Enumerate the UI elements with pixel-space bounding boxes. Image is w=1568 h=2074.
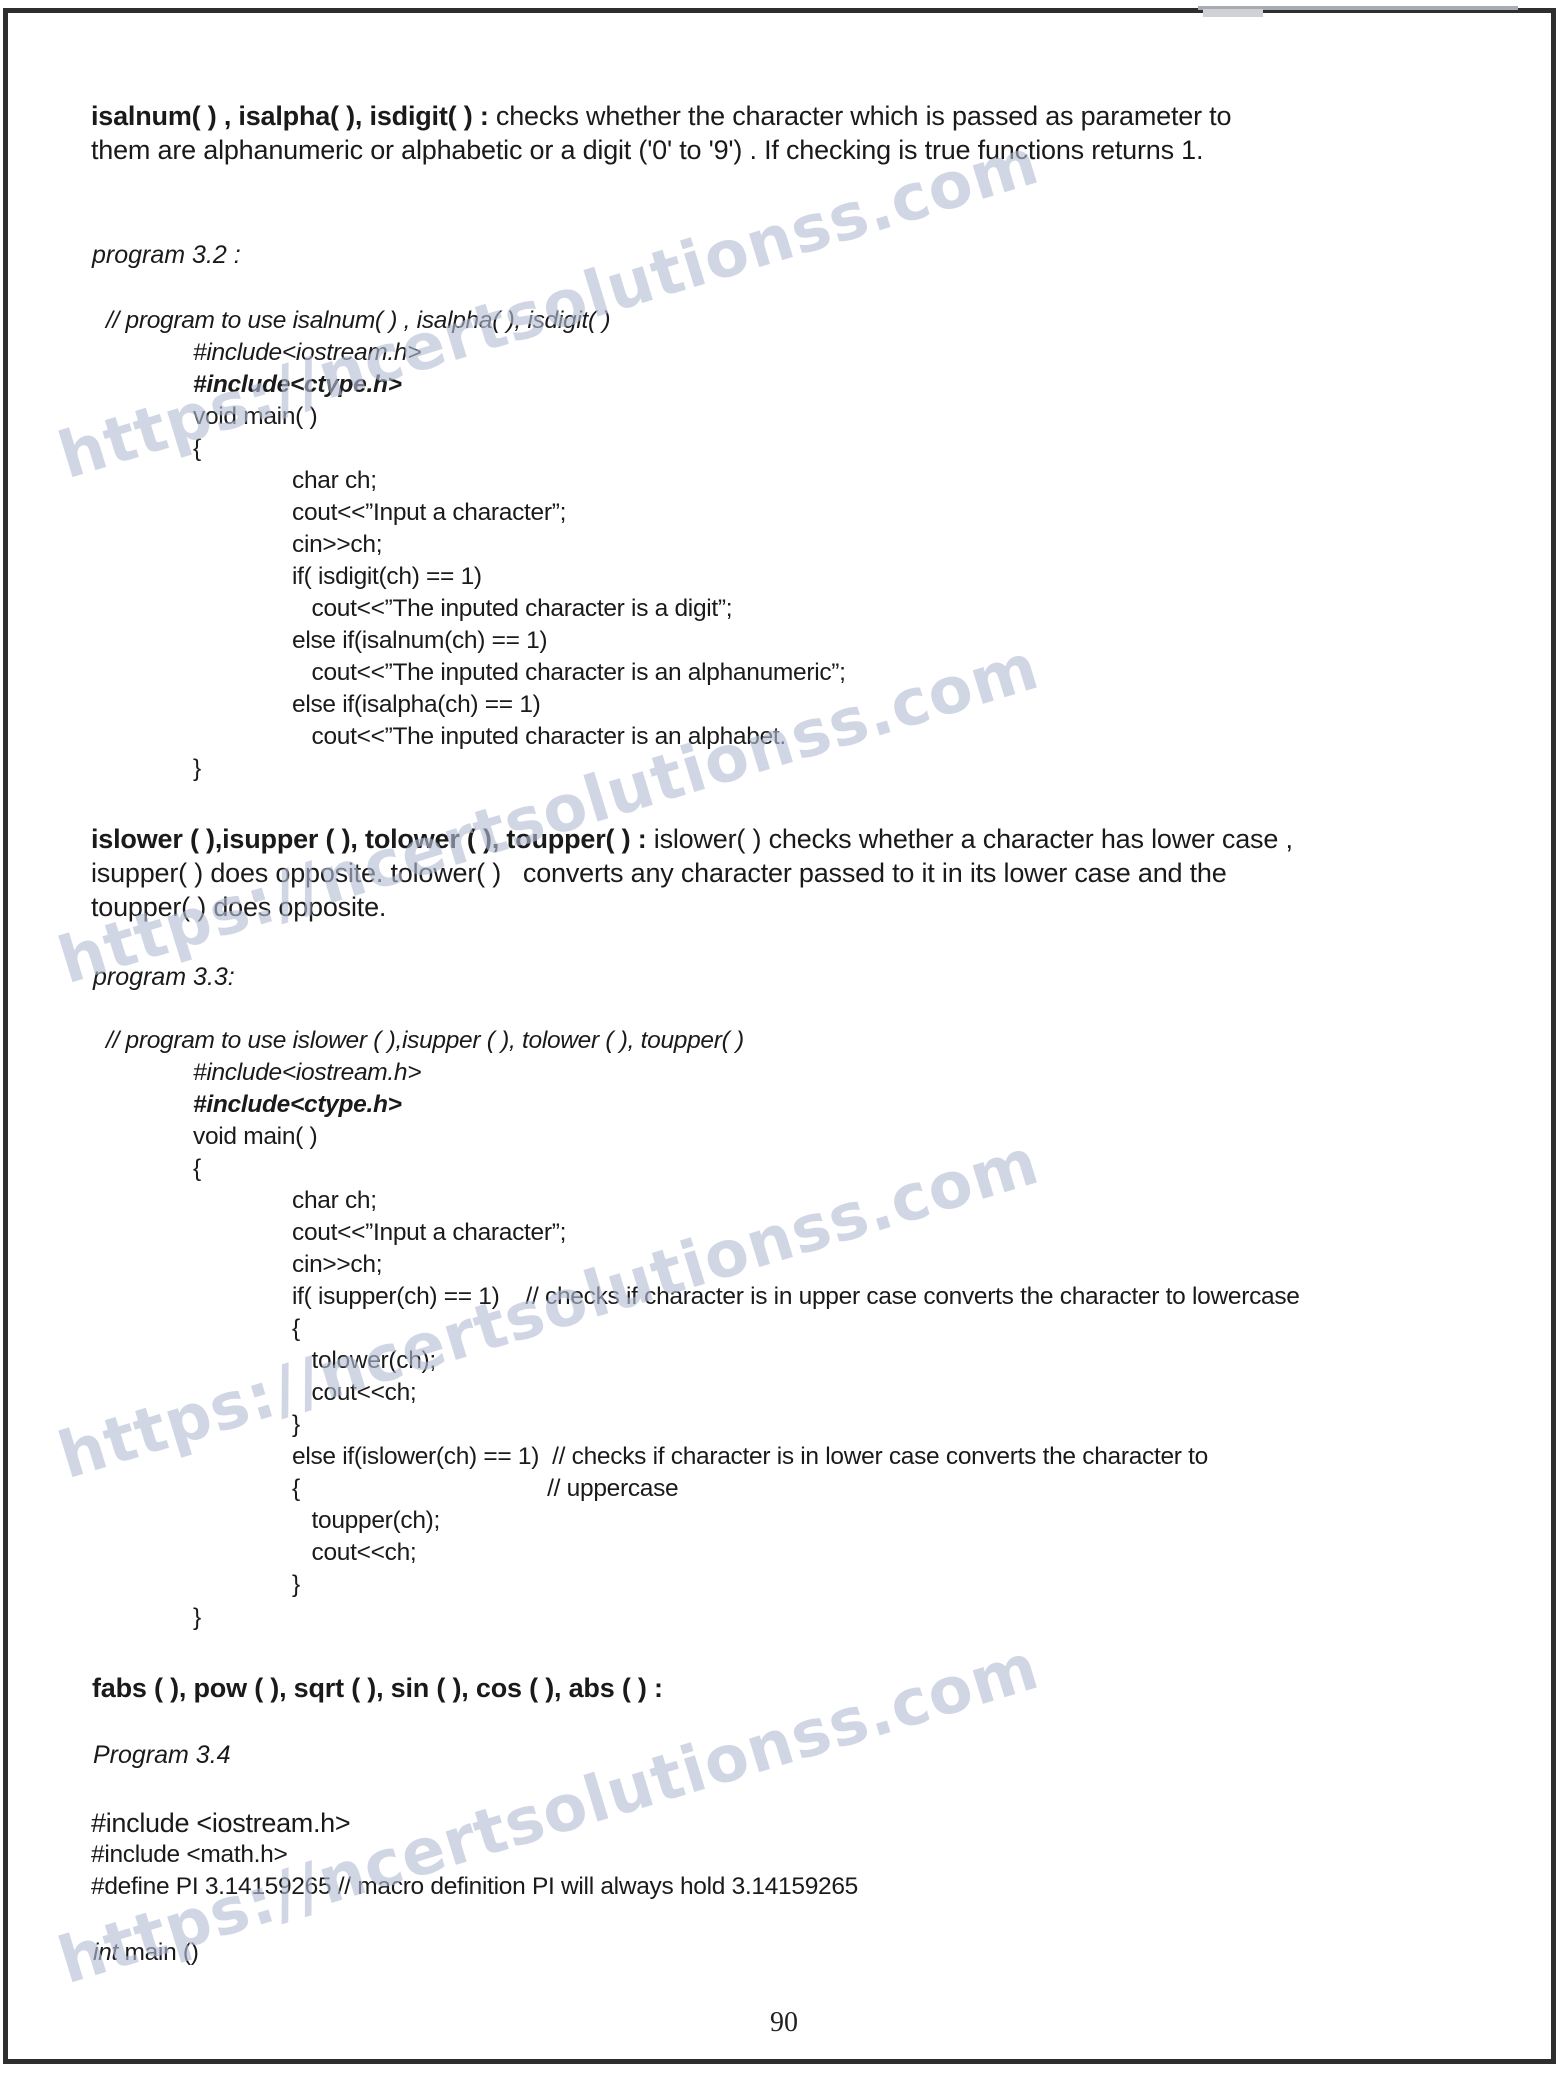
program-3-3-include-ctype: #include<ctype.h> (193, 1093, 402, 1118)
section-math-heading: fabs ( ), pow ( ), sqrt ( ), sin ( ), co… (92, 1675, 663, 1702)
program-3-3-code-line: { (292, 1317, 300, 1342)
program-3-3-comment: // program to use islower ( ),isupper ( … (106, 1029, 744, 1054)
program-3-2-code-line: cout<<”Input a character”; (292, 501, 566, 526)
program-3-3-code-line: cout<<”Input a character”; (292, 1221, 566, 1246)
program-3-3-main: void main( ) (193, 1125, 317, 1150)
program-3-3-code-line: char ch; (292, 1189, 377, 1214)
program-3-3-open-brace: { (193, 1157, 201, 1182)
section-case-line2: isupper( ) does opposite. tolower( ) con… (91, 860, 1227, 887)
program-3-3-close-brace: } (193, 1606, 201, 1631)
scan-artifact-tab (1203, 9, 1263, 17)
program-3-3-code-line: cout<<ch; (292, 1381, 416, 1406)
program-3-4-main: int main () (93, 1941, 199, 1966)
program-3-3-code-line: tolower(ch); (292, 1349, 436, 1374)
program-3-4-include-math: #include <math.h> (91, 1843, 288, 1868)
program-3-3-code-line: if( isupper(ch) == 1) // checks if chara… (292, 1285, 1300, 1310)
program-3-3-include-iostream: #include<iostream.h> (193, 1061, 421, 1086)
program-3-2-code-line: else if(isalpha(ch) == 1) (292, 693, 541, 718)
section-case-heading: islower ( ),isupper ( ), tolower ( ), to… (91, 824, 646, 854)
main-signature: main () (118, 1939, 199, 1966)
program-3-2-code-line: cout<<”The inputed character is a digit”… (292, 597, 732, 622)
program-3-4-define-pi: #define PI 3.14159265 // macro definitio… (91, 1875, 858, 1900)
section-isalnum-line1: isalnum( ) , isalpha( ), isdigit( ) : ch… (91, 103, 1231, 130)
program-3-2-code-line: char ch; (292, 469, 377, 494)
section-case-line3: toupper( ) does opposite. (91, 894, 386, 921)
program-3-2-close-brace: } (193, 757, 201, 782)
program-3-3-code-line: } (292, 1573, 300, 1598)
program-3-2-code-line: cout<<”The inputed character is an alpha… (292, 725, 786, 750)
program-3-3-code-line: cout<<ch; (292, 1541, 416, 1566)
program-3-3-label: program 3.3: (93, 965, 235, 990)
program-3-3-code-line: cin>>ch; (292, 1253, 382, 1278)
program-3-2-code-line: cout<<”The inputed character is an alpha… (292, 661, 846, 686)
page-number: 90 (0, 2007, 1568, 2039)
program-3-2-code-line: else if(isalnum(ch) == 1) (292, 629, 547, 654)
int-keyword: int (93, 1939, 118, 1966)
section-case-text: islower( ) checks whether a character ha… (646, 824, 1292, 854)
program-3-2-main: void main( ) (193, 405, 317, 430)
program-3-2-open-brace: { (193, 437, 201, 462)
section-case-line1: islower ( ),isupper ( ), tolower ( ), to… (91, 826, 1293, 853)
program-3-3-code-line: { // uppercase (292, 1477, 678, 1502)
section-isalnum-heading: isalnum( ) , isalpha( ), isdigit( ) : (91, 101, 489, 131)
program-3-2-label: program 3.2 : (92, 243, 241, 268)
program-3-4-label: Program 3.4 (93, 1743, 231, 1768)
section-isalnum-text: checks whether the character which is pa… (489, 101, 1232, 131)
program-3-2-include-iostream: #include<iostream.h> (193, 341, 421, 366)
program-3-2-comment: // program to use isalnum( ) , isalpha( … (106, 309, 610, 334)
program-3-3-code-line: else if(islower(ch) == 1) // checks if c… (292, 1445, 1208, 1470)
program-3-3-code-line: } (292, 1413, 300, 1438)
program-3-2-code-line: cin>>ch; (292, 533, 382, 558)
program-3-2-code-line: if( isdigit(ch) == 1) (292, 565, 482, 590)
program-3-3-code-line: toupper(ch); (292, 1509, 440, 1534)
program-3-2-include-ctype: #include<ctype.h> (193, 373, 402, 398)
program-3-4-include-iostream: #include <iostream.h> (91, 1810, 350, 1837)
section-isalnum-line2: them are alphanumeric or alphabetic or a… (91, 137, 1203, 164)
